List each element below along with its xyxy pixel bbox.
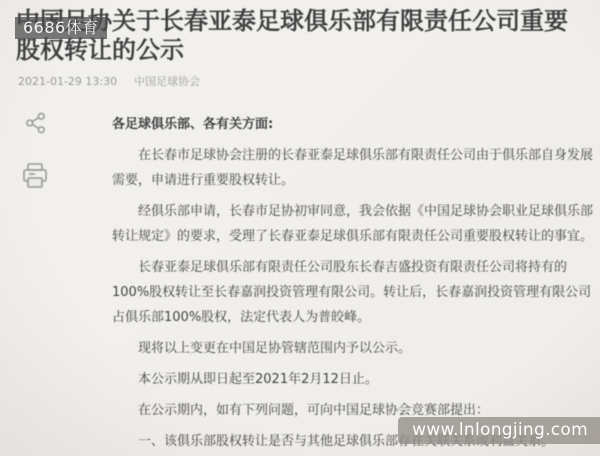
watermark-top-left: 6686体育 xyxy=(15,17,107,39)
side-toolbar xyxy=(18,111,52,191)
article-meta: 2021-01-29 13:30中国足球协会 xyxy=(0,65,600,89)
article-content: 中国足协关于长春亚泰足球俱乐部有限责任公司重要股权转让的公示 2021-01-2… xyxy=(0,0,600,456)
publish-date: 2021-01-29 13:30 xyxy=(18,75,117,88)
paragraph: 经俱乐部申请，长春市足协初审同意，我会依据《中国足球协会职业足球俱乐部转让规定》… xyxy=(112,199,594,249)
article-paragraphs: 在长春市足球协会注册的长春亚泰足球俱乐部有限责任公司由于俱乐部自身发展需要，申请… xyxy=(112,143,594,454)
publisher-name: 中国足球协会 xyxy=(134,75,200,88)
share-icon[interactable] xyxy=(24,111,47,135)
printer-icon[interactable] xyxy=(21,161,49,191)
paragraph: 本公示期从即日起至2021年2月12日止。 xyxy=(112,367,594,392)
paragraph: 现将以上变更在中国足协管辖范围内予以公示。 xyxy=(112,336,594,361)
article-page: 中国足协关于长春亚泰足球俱乐部有限责任公司重要股权转让的公示 2021-01-2… xyxy=(0,0,600,456)
salutation: 各足球俱乐部、各有关方面: xyxy=(112,112,594,137)
paragraph: 长春亚泰足球俱乐部有限责任公司股东长春吉盛投资有限责任公司将持有的100%股权转… xyxy=(112,255,594,330)
watermark-bottom-right: www.lnlongjing.com xyxy=(398,417,600,444)
article-body: 各足球俱乐部、各有关方面: 在长春市足球协会注册的长春亚泰足球俱乐部有限责任公司… xyxy=(112,112,594,456)
paragraph: 在长春市足球协会注册的长春亚泰足球俱乐部有限责任公司由于俱乐部自身发展需要，申请… xyxy=(112,143,594,193)
